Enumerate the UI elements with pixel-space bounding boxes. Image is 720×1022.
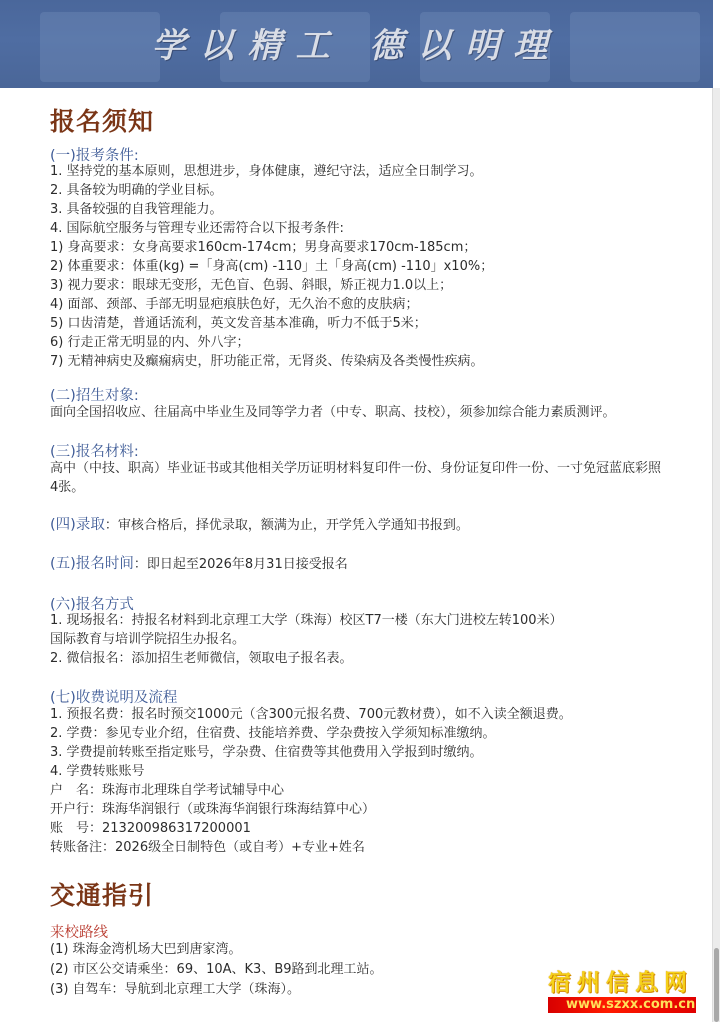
paragraph: 高中（中技、职高）毕业证书或其他相关学历证明材料复印件一份、身份证复印件一份、一… xyxy=(50,460,661,478)
admission-text: ：审核合格后，择优录取，额满为止，开学凭入学通知书报到。 xyxy=(105,518,469,533)
account-name: 户 名：珠海市北理珠自学考试辅导中心 xyxy=(50,782,284,800)
list-item: 1. 坚持党的基本原则，思想进步，身体健康，遵纪守法，适应全日制学习。 xyxy=(50,163,483,181)
subheading-conditions: (一)报考条件: xyxy=(50,144,139,165)
list-item: 4) 面部、颈部、手部无明显疤痕肤色好，无久治不愈的皮肤病； xyxy=(50,296,418,314)
subheading-materials: (三)报名材料: xyxy=(50,440,139,461)
watermark-url: www.szxx.com.cn xyxy=(548,997,696,1013)
banner-motto: 学以精工 德以明理 xyxy=(0,18,713,67)
time-line: (五)报名时间：即日起至2026年8月31日接受报名 xyxy=(50,555,348,574)
list-item: 4. 国际航空服务与管理专业还需符合以下报考条件: xyxy=(50,220,344,238)
list-item: 3. 具备较强的自我管理能力。 xyxy=(50,201,223,219)
subheading-method: (六)报名方式 xyxy=(50,593,134,614)
time-text: ：即日起至2026年8月31日接受报名 xyxy=(134,557,348,572)
list-item: 3. 学费提前转账至指定账号，学杂费、住宿费等其他费用入学报到时缴纳。 xyxy=(50,744,483,762)
bank-name: 开户行：珠海华润银行（或珠海华润银行珠海结算中心） xyxy=(50,801,375,819)
subheading-time: (五)报名时间 xyxy=(50,556,134,572)
list-item: 2. 微信报名：添加招生老师微信，领取电子报名表。 xyxy=(50,650,353,668)
subheading-target: (二)招生对象: xyxy=(50,384,139,405)
paragraph: 面向全国招收应、往届高中毕业生及同等学力者（中专、职高、技校），须参加综合能力素… xyxy=(50,404,616,422)
list-item: 7) 无精神病史及癫痫病史，肝功能正常，无肾炎、传染病及各类慢性疾病。 xyxy=(50,353,483,371)
watermark-title: 宿州信息网 xyxy=(548,970,696,996)
subheading-admission: (四)录取 xyxy=(50,517,105,533)
section-title-registration: 报名须知 xyxy=(50,102,154,138)
list-item: 3) 视力要求：眼球无变形，无色盲、色弱、斜眼，矫正视力1.0以上； xyxy=(50,277,452,295)
transfer-note: 转账备注：2026级全日制特色（或自考）+专业+姓名 xyxy=(50,839,365,857)
list-item: 2. 具备较为明确的学业目标。 xyxy=(50,182,223,200)
subheading-fees: (七)收费说明及流程 xyxy=(50,686,177,707)
watermark-logo: 宿州信息网 www.szxx.com.cn xyxy=(548,970,696,1013)
list-item: 5) 口齿清楚，普通话流利，英文发音基本准确，听力不低于5米； xyxy=(50,315,427,333)
scrollbar-thumb[interactable] xyxy=(714,948,719,1022)
list-item: 1) 身高要求：女身高要求160cm-174cm；男身高要求170cm-185c… xyxy=(50,239,476,257)
scrollbar-track[interactable] xyxy=(712,88,720,1022)
list-item: (1) 珠海金湾机场大巴到唐家湾。 xyxy=(50,941,242,959)
admission-line: (四)录取：审核合格后，择优录取，额满为止，开学凭入学通知书报到。 xyxy=(50,516,469,535)
list-item: 6) 行走正常无明显的内、外八字； xyxy=(50,334,249,352)
paragraph: 4张。 xyxy=(50,479,84,497)
list-item: 国际教育与培训学院招生办报名。 xyxy=(50,631,245,649)
list-item: 2. 学费：参见专业介绍，住宿费、技能培养费、学杂费按入学须知标准缴纳。 xyxy=(50,725,496,743)
banner: 学以精工 德以明理 xyxy=(0,0,713,88)
list-item: (3) 自驾车：导航到北京理工大学（珠海）。 xyxy=(50,981,300,999)
list-item: (2) 市区公交请乘坐：69、10A、K3、B9路到北理工站。 xyxy=(50,961,383,979)
list-item: 1. 预报名费：报名时预交1000元（含300元报名费、700元教材费），如不入… xyxy=(50,706,572,724)
list-item: 2) 体重要求：体重(kg) =「身高(cm) -110」土「身高(cm) -1… xyxy=(50,258,493,276)
subheading-route: 来校路线 xyxy=(50,921,108,942)
list-item: 4. 学费转账账号 xyxy=(50,763,145,781)
section-title-transport: 交通指引 xyxy=(50,876,154,912)
list-item: 1. 现场报名：持报名材料到北京理工大学（珠海）校区T7一楼（东大门进校左转10… xyxy=(50,612,563,630)
account-number: 账 号：213200986317200001 xyxy=(50,820,251,838)
